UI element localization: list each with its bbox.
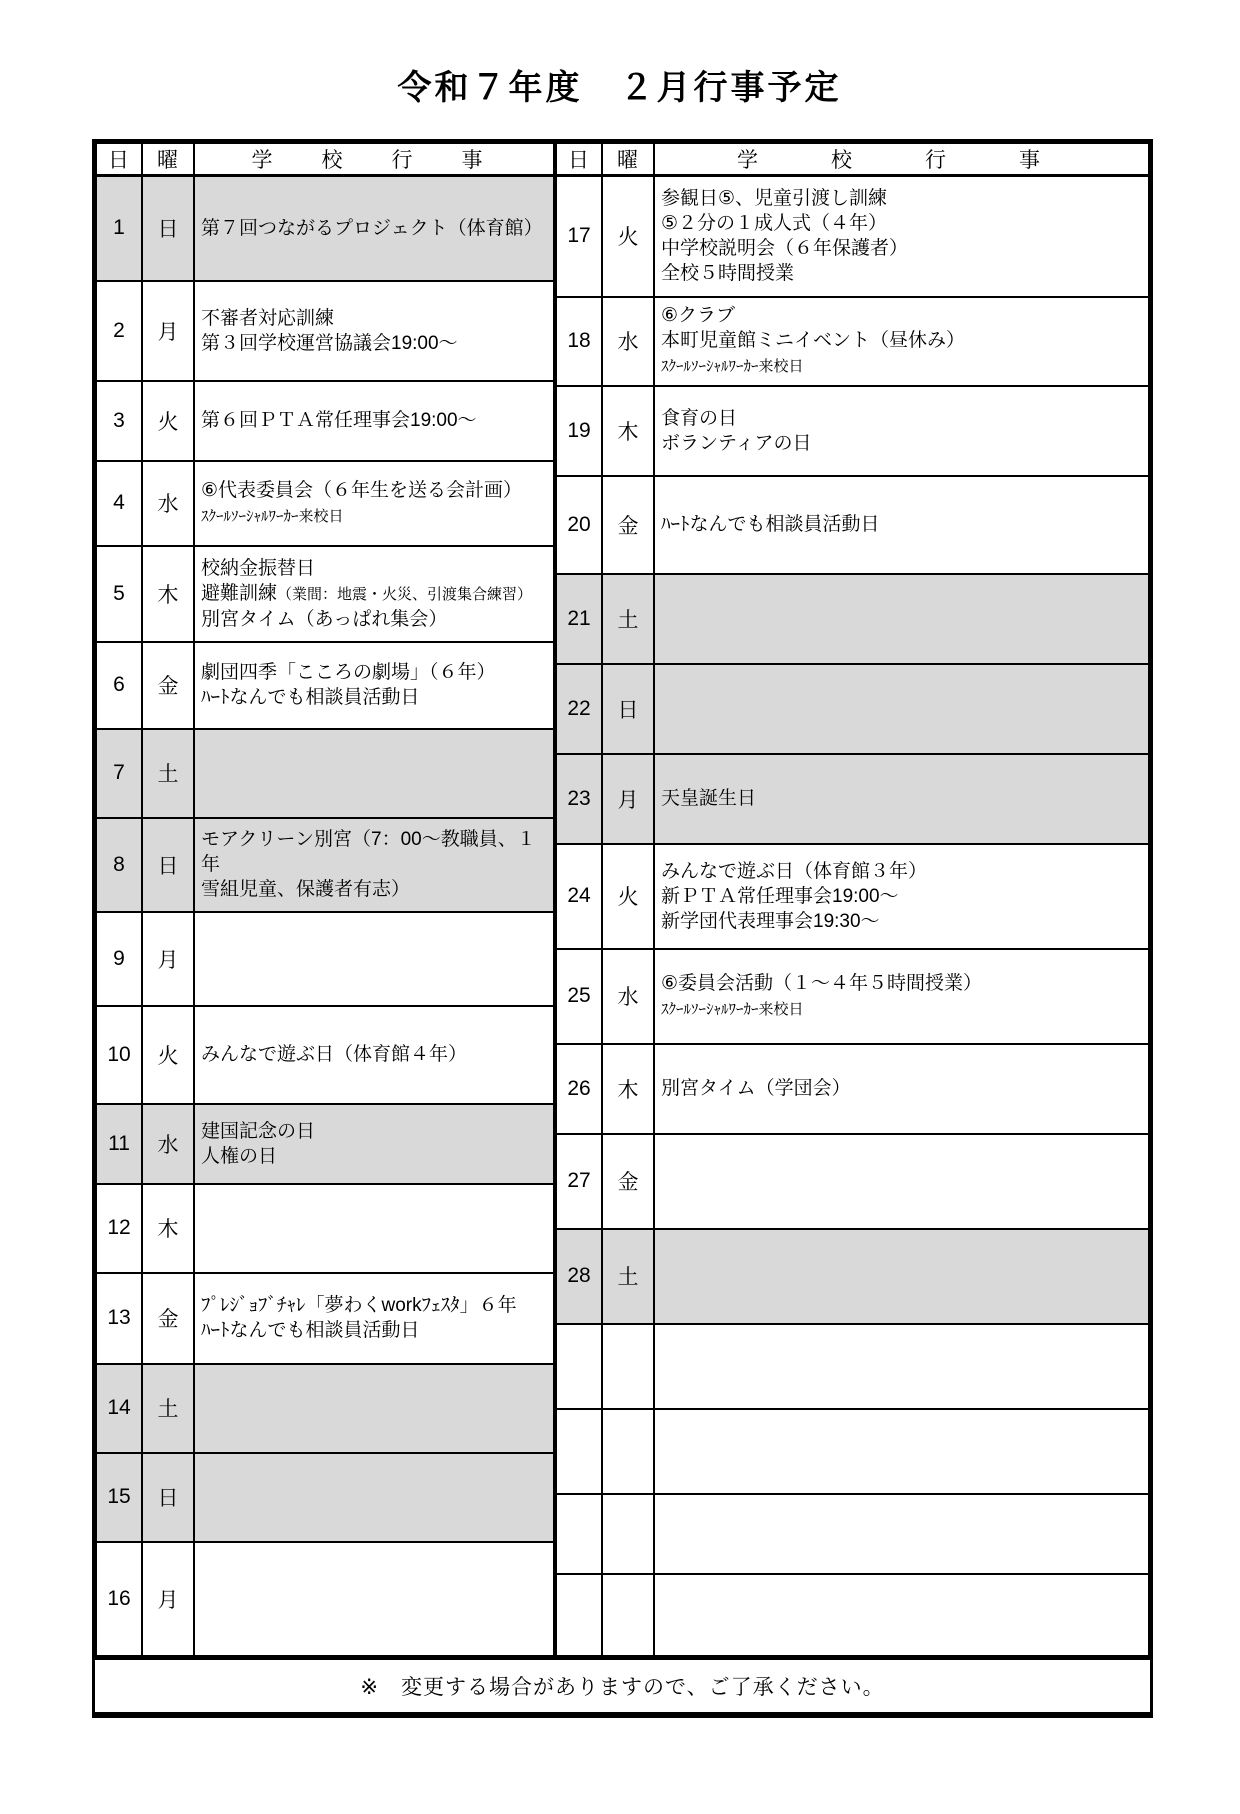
weekday-cell bbox=[602, 1574, 654, 1656]
weekday-cell: 金 bbox=[142, 1273, 194, 1364]
event-line: ボランティアの日 bbox=[661, 431, 1142, 456]
event-line: ⑥委員会活動（１～４年５時間授業） bbox=[661, 971, 1142, 996]
header-row: 日 曜 学 校 行 事 bbox=[96, 143, 554, 176]
weekday-cell: 金 bbox=[602, 1134, 654, 1229]
event-text: 校納金振替日 bbox=[201, 558, 315, 579]
event-line: 天皇誕生日 bbox=[661, 786, 1142, 811]
event-text: ｽｸｰﾙｿｰｼｬﾙﾜｰｶｰ来校日 bbox=[661, 1001, 804, 1018]
table-row: 10火みんなで遊ぶ日（体育館４年） bbox=[96, 1006, 554, 1104]
day-cell: 12 bbox=[96, 1184, 142, 1273]
day-cell bbox=[556, 1409, 602, 1494]
weekday-cell: 火 bbox=[142, 381, 194, 461]
event-text: 第７回つながるプロジェクト（体育館） bbox=[201, 218, 543, 239]
weekday-cell: 火 bbox=[142, 1006, 194, 1104]
table-row: 20金ﾊｰﾄなんでも相談員活動日 bbox=[556, 476, 1149, 574]
table-row: 27金 bbox=[556, 1134, 1149, 1229]
table-row: 14土 bbox=[96, 1364, 554, 1453]
event-text: 第３回学校運営協議会19:00～ bbox=[201, 333, 458, 354]
table-row: 6金劇団四季「こころの劇場」（６年）ﾊｰﾄなんでも相談員活動日 bbox=[96, 642, 554, 729]
event-text: 新ＰＴＡ常任理事会19:00～ bbox=[661, 886, 899, 907]
weekday-cell: 土 bbox=[142, 729, 194, 818]
event-line: 避難訓練（業間：地震・火災、引渡集合練習） bbox=[201, 581, 547, 607]
day-cell: 14 bbox=[96, 1364, 142, 1453]
event-line: ﾊｰﾄなんでも相談員活動日 bbox=[201, 1318, 547, 1343]
weekday-cell: 水 bbox=[142, 1104, 194, 1184]
event-text: 劇団四季「こころの劇場」（６年） bbox=[201, 662, 496, 683]
day-cell: 27 bbox=[556, 1134, 602, 1229]
events-cell: 不審者対応訓練第３回学校運営協議会19:00～ bbox=[194, 281, 554, 381]
day-cell: 17 bbox=[556, 176, 602, 297]
events-cell: ⑥代表委員会（６年生を送る会計画）ｽｸｰﾙｿｰｼｬﾙﾜｰｶｰ来校日 bbox=[194, 461, 554, 546]
header-weekday: 曜 bbox=[602, 143, 654, 176]
header-events: 学 校 行 事 bbox=[654, 143, 1149, 176]
day-cell: 20 bbox=[556, 476, 602, 574]
event-text: ⑤２分の１成人式（４年） bbox=[661, 213, 887, 234]
weekday-cell: 木 bbox=[142, 1184, 194, 1273]
events-cell: ﾊｰﾄなんでも相談員活動日 bbox=[654, 476, 1149, 574]
weekday-cell: 日 bbox=[602, 664, 654, 754]
event-text: 天皇誕生日 bbox=[661, 788, 756, 809]
event-line: 第３回学校運営協議会19:00～ bbox=[201, 331, 547, 356]
day-cell: 9 bbox=[96, 912, 142, 1006]
events-cell bbox=[654, 1134, 1149, 1229]
events-cell: 第６回ＰＴＡ常任理事会19:00～ bbox=[194, 381, 554, 461]
event-text: ⑥クラブ bbox=[661, 305, 735, 326]
weekday-cell: 金 bbox=[142, 642, 194, 729]
weekday-cell: 火 bbox=[602, 844, 654, 949]
event-text: ﾊｰﾄなんでも相談員活動日 bbox=[661, 514, 880, 535]
header-weekday: 曜 bbox=[142, 143, 194, 176]
weekday-cell: 木 bbox=[602, 386, 654, 476]
event-line: 第７回つながるプロジェクト（体育館） bbox=[201, 216, 547, 241]
event-line: 別宮タイム（あっぱれ集会） bbox=[201, 607, 547, 632]
event-text: 不審者対応訓練 bbox=[201, 308, 334, 329]
event-line: ｽｸｰﾙｿｰｼｬﾙﾜｰｶｰ来校日 bbox=[661, 353, 1142, 379]
day-cell bbox=[556, 1494, 602, 1574]
day-cell: 18 bbox=[556, 297, 602, 386]
event-line: ⑤２分の１成人式（４年） bbox=[661, 211, 1142, 236]
table-row: 13金ﾌﾟﾚｼﾞｮﾌﾞﾁｬﾚ「夢わくworkﾌｪｽﾀ」６年ﾊｰﾄなんでも相談員活… bbox=[96, 1273, 554, 1364]
day-cell: 28 bbox=[556, 1229, 602, 1324]
events-cell bbox=[654, 1574, 1149, 1656]
event-text: 人権の日 bbox=[201, 1146, 277, 1167]
event-line: 第６回ＰＴＡ常任理事会19:00～ bbox=[201, 408, 547, 433]
day-cell: 26 bbox=[556, 1044, 602, 1134]
table-row: 23月天皇誕生日 bbox=[556, 754, 1149, 844]
event-text: 建国記念の日 bbox=[201, 1121, 315, 1142]
events-cell bbox=[194, 729, 554, 818]
events-cell bbox=[194, 912, 554, 1006]
table-row: 4水⑥代表委員会（６年生を送る会計画）ｽｸｰﾙｿｰｼｬﾙﾜｰｶｰ来校日 bbox=[96, 461, 554, 546]
weekday-cell: 水 bbox=[602, 949, 654, 1044]
day-cell: 2 bbox=[96, 281, 142, 381]
events-cell bbox=[654, 574, 1149, 664]
table-row bbox=[556, 1494, 1149, 1574]
schedule-left-half: 日 曜 学 校 行 事 1日第７回つながるプロジェクト（体育館）2月不審者対応訓… bbox=[95, 142, 555, 1657]
events-cell: モアクリーン別宮（7：00～教職員、１年雪組児童、保護者有志） bbox=[194, 818, 554, 912]
header-day: 日 bbox=[556, 143, 602, 176]
table-row: 28土 bbox=[556, 1229, 1149, 1324]
event-line: 新ＰＴＡ常任理事会19:00～ bbox=[661, 884, 1142, 909]
day-cell bbox=[556, 1324, 602, 1409]
events-cell: 校納金振替日避難訓練（業間：地震・火災、引渡集合練習）別宮タイム（あっぱれ集会） bbox=[194, 546, 554, 642]
day-cell: 15 bbox=[96, 1453, 142, 1542]
event-text: ⑥委員会活動（１～４年５時間授業） bbox=[661, 973, 982, 994]
events-cell bbox=[654, 1409, 1149, 1494]
event-line: 建国記念の日 bbox=[201, 1119, 547, 1144]
table-row: 15日 bbox=[96, 1453, 554, 1542]
schedule-table-body: 日 曜 学 校 行 事 1日第７回つながるプロジェクト（体育館）2月不審者対応訓… bbox=[95, 142, 1150, 1657]
table-row: 3火第６回ＰＴＡ常任理事会19:00～ bbox=[96, 381, 554, 461]
left-header: 日 曜 学 校 行 事 bbox=[96, 143, 554, 176]
event-line: 別宮タイム（学団会） bbox=[661, 1076, 1142, 1101]
weekday-cell: 水 bbox=[602, 297, 654, 386]
header-row: 日 曜 学 校 行 事 bbox=[556, 143, 1149, 176]
day-cell: 11 bbox=[96, 1104, 142, 1184]
events-cell: ⑥クラブ本町児童館ミニイベント（昼休み）ｽｸｰﾙｿｰｼｬﾙﾜｰｶｰ来校日 bbox=[654, 297, 1149, 386]
table-row: 1日第７回つながるプロジェクト（体育館） bbox=[96, 176, 554, 281]
day-cell: 3 bbox=[96, 381, 142, 461]
event-text: ｽｸｰﾙｿｰｼｬﾙﾜｰｶｰ来校日 bbox=[201, 508, 344, 525]
event-text: ﾊｰﾄなんでも相談員活動日 bbox=[201, 1320, 420, 1341]
schedule-table: 日 曜 学 校 行 事 1日第７回つながるプロジェクト（体育館）2月不審者対応訓… bbox=[92, 139, 1153, 1718]
day-cell: 5 bbox=[96, 546, 142, 642]
table-row: 7土 bbox=[96, 729, 554, 818]
table-row: 2月不審者対応訓練第３回学校運営協議会19:00～ bbox=[96, 281, 554, 381]
table-row: 8日モアクリーン別宮（7：00～教職員、１年雪組児童、保護者有志） bbox=[96, 818, 554, 912]
event-text: 本町児童館ミニイベント（昼休み） bbox=[661, 330, 965, 351]
events-cell: みんなで遊ぶ日（体育館４年） bbox=[194, 1006, 554, 1104]
table-row: 12木 bbox=[96, 1184, 554, 1273]
weekday-cell: 土 bbox=[602, 1229, 654, 1324]
event-text: ﾊｰﾄなんでも相談員活動日 bbox=[201, 687, 420, 708]
events-cell: ⑥委員会活動（１～４年５時間授業）ｽｸｰﾙｿｰｼｬﾙﾜｰｶｰ来校日 bbox=[654, 949, 1149, 1044]
day-cell: 8 bbox=[96, 818, 142, 912]
event-text: 全校５時間授業 bbox=[661, 263, 794, 284]
event-line: 食育の日 bbox=[661, 406, 1142, 431]
event-line: 本町児童館ミニイベント（昼休み） bbox=[661, 328, 1142, 353]
day-cell: 10 bbox=[96, 1006, 142, 1104]
weekday-cell: 日 bbox=[142, 818, 194, 912]
page-title: 令和７年度 ２月行事予定 bbox=[92, 60, 1147, 109]
table-row: 17火参観日⑤、児童引渡し訓練⑤２分の１成人式（４年）中学校説明会（６年保護者）… bbox=[556, 176, 1149, 297]
events-cell bbox=[194, 1184, 554, 1273]
change-notice: ※ 変更する場合がありますので、ご了承ください。 bbox=[95, 1657, 1150, 1712]
weekday-cell: 木 bbox=[602, 1044, 654, 1134]
event-text: モアクリーン別宮（7：00～教職員、１年 bbox=[201, 829, 536, 875]
weekday-cell: 土 bbox=[142, 1364, 194, 1453]
events-cell: 食育の日ボランティアの日 bbox=[654, 386, 1149, 476]
schedule-right-half: 日 曜 学 校 行 事 17火参観日⑤、児童引渡し訓練⑤２分の１成人式（４年）中… bbox=[555, 142, 1150, 1657]
table-row: 26木別宮タイム（学団会） bbox=[556, 1044, 1149, 1134]
events-cell bbox=[654, 1324, 1149, 1409]
event-line: みんなで遊ぶ日（体育館３年） bbox=[661, 859, 1142, 884]
right-header: 日 曜 学 校 行 事 bbox=[556, 143, 1149, 176]
event-text: 新学団代表理事会19:30～ bbox=[661, 911, 880, 932]
left-rows: 1日第７回つながるプロジェクト（体育館）2月不審者対応訓練第３回学校運営協議会1… bbox=[96, 176, 554, 1656]
day-cell: 13 bbox=[96, 1273, 142, 1364]
events-cell bbox=[194, 1453, 554, 1542]
day-cell: 16 bbox=[96, 1542, 142, 1656]
weekday-cell: 月 bbox=[142, 1542, 194, 1656]
events-cell: 参観日⑤、児童引渡し訓練⑤２分の１成人式（４年）中学校説明会（６年保護者）全校５… bbox=[654, 176, 1149, 297]
event-text: ボランティアの日 bbox=[661, 433, 811, 454]
weekday-cell bbox=[602, 1494, 654, 1574]
header-day: 日 bbox=[96, 143, 142, 176]
events-cell: 建国記念の日人権の日 bbox=[194, 1104, 554, 1184]
event-text: ｽｸｰﾙｿｰｼｬﾙﾜｰｶｰ来校日 bbox=[661, 358, 804, 375]
header-events: 学 校 行 事 bbox=[194, 143, 554, 176]
events-cell bbox=[654, 1494, 1149, 1574]
event-line: ﾊｰﾄなんでも相談員活動日 bbox=[201, 685, 547, 710]
table-row bbox=[556, 1574, 1149, 1656]
weekday-cell: 日 bbox=[142, 176, 194, 281]
event-line: 雪組児童、保護者有志） bbox=[201, 877, 547, 902]
event-line: ｽｸｰﾙｿｰｼｬﾙﾜｰｶｰ来校日 bbox=[661, 996, 1142, 1022]
event-text: みんなで遊ぶ日（体育館４年） bbox=[201, 1044, 467, 1065]
events-cell: 天皇誕生日 bbox=[654, 754, 1149, 844]
table-row: 9月 bbox=[96, 912, 554, 1006]
table-row: 25水⑥委員会活動（１～４年５時間授業）ｽｸｰﾙｿｰｼｬﾙﾜｰｶｰ来校日 bbox=[556, 949, 1149, 1044]
weekday-cell: 月 bbox=[142, 912, 194, 1006]
event-line: みんなで遊ぶ日（体育館４年） bbox=[201, 1042, 547, 1067]
event-text: 参観日⑤、児童引渡し訓練 bbox=[661, 188, 887, 209]
event-line: 参観日⑤、児童引渡し訓練 bbox=[661, 186, 1142, 211]
day-cell: 23 bbox=[556, 754, 602, 844]
table-row bbox=[556, 1409, 1149, 1494]
event-text: ﾌﾟﾚｼﾞｮﾌﾞﾁｬﾚ「夢わくworkﾌｪｽﾀ」６年 bbox=[201, 1295, 517, 1316]
events-cell bbox=[194, 1542, 554, 1656]
day-cell: 21 bbox=[556, 574, 602, 664]
events-cell: 別宮タイム（学団会） bbox=[654, 1044, 1149, 1134]
event-text: 避難訓練 bbox=[201, 583, 277, 604]
event-text: 食育の日 bbox=[661, 408, 737, 429]
table-row: 18水⑥クラブ本町児童館ミニイベント（昼休み）ｽｸｰﾙｿｰｼｬﾙﾜｰｶｰ来校日 bbox=[556, 297, 1149, 386]
weekday-cell: 水 bbox=[142, 461, 194, 546]
day-cell: 6 bbox=[96, 642, 142, 729]
weekday-cell: 金 bbox=[602, 476, 654, 574]
table-row: 21土 bbox=[556, 574, 1149, 664]
event-line: ﾌﾟﾚｼﾞｮﾌﾞﾁｬﾚ「夢わくworkﾌｪｽﾀ」６年 bbox=[201, 1293, 547, 1318]
weekday-cell bbox=[602, 1409, 654, 1494]
event-line: 不審者対応訓練 bbox=[201, 306, 547, 331]
event-text: 別宮タイム（学団会） bbox=[661, 1078, 851, 1099]
event-text: 中学校説明会（６年保護者） bbox=[661, 238, 908, 259]
events-cell: みんなで遊ぶ日（体育館３年）新ＰＴＡ常任理事会19:00～新学団代表理事会19:… bbox=[654, 844, 1149, 949]
event-text: 雪組児童、保護者有志） bbox=[201, 879, 410, 900]
table-row: 24火みんなで遊ぶ日（体育館３年）新ＰＴＡ常任理事会19:00～新学団代表理事会… bbox=[556, 844, 1149, 949]
weekday-cell: 木 bbox=[142, 546, 194, 642]
day-cell bbox=[556, 1574, 602, 1656]
weekday-cell: 火 bbox=[602, 176, 654, 297]
table-row bbox=[556, 1324, 1149, 1409]
day-cell: 1 bbox=[96, 176, 142, 281]
events-cell bbox=[194, 1364, 554, 1453]
day-cell: 22 bbox=[556, 664, 602, 754]
table-row: 11水建国記念の日人権の日 bbox=[96, 1104, 554, 1184]
event-line: ⑥代表委員会（６年生を送る会計画） bbox=[201, 478, 547, 503]
event-line: ﾊｰﾄなんでも相談員活動日 bbox=[661, 512, 1142, 537]
weekday-cell bbox=[602, 1324, 654, 1409]
weekday-cell: 日 bbox=[142, 1453, 194, 1542]
events-cell: 劇団四季「こころの劇場」（６年）ﾊｰﾄなんでも相談員活動日 bbox=[194, 642, 554, 729]
day-cell: 19 bbox=[556, 386, 602, 476]
event-line: モアクリーン別宮（7：00～教職員、１年 bbox=[201, 827, 547, 877]
events-cell bbox=[654, 664, 1149, 754]
events-cell bbox=[654, 1229, 1149, 1324]
table-row: 19木食育の日ボランティアの日 bbox=[556, 386, 1149, 476]
event-line: 校納金振替日 bbox=[201, 556, 547, 581]
event-text: 第６回ＰＴＡ常任理事会19:00～ bbox=[201, 410, 477, 431]
event-line: ⑥クラブ bbox=[661, 303, 1142, 328]
event-line: 中学校説明会（６年保護者） bbox=[661, 236, 1142, 261]
weekday-cell: 土 bbox=[602, 574, 654, 664]
event-line: 全校５時間授業 bbox=[661, 261, 1142, 286]
event-line: 劇団四季「こころの劇場」（６年） bbox=[201, 660, 547, 685]
event-line: 人権の日 bbox=[201, 1144, 547, 1169]
event-line: ｽｸｰﾙｿｰｼｬﾙﾜｰｶｰ来校日 bbox=[201, 503, 547, 529]
events-cell: 第７回つながるプロジェクト（体育館） bbox=[194, 176, 554, 281]
day-cell: 24 bbox=[556, 844, 602, 949]
table-row: 16月 bbox=[96, 1542, 554, 1656]
weekday-cell: 月 bbox=[142, 281, 194, 381]
event-text: 別宮タイム（あっぱれ集会） bbox=[201, 609, 447, 630]
day-cell: 4 bbox=[96, 461, 142, 546]
event-text: みんなで遊ぶ日（体育館３年） bbox=[661, 861, 927, 882]
day-cell: 7 bbox=[96, 729, 142, 818]
table-row: 22日 bbox=[556, 664, 1149, 754]
events-cell: ﾌﾟﾚｼﾞｮﾌﾞﾁｬﾚ「夢わくworkﾌｪｽﾀ」６年ﾊｰﾄなんでも相談員活動日 bbox=[194, 1273, 554, 1364]
table-row: 5木校納金振替日避難訓練（業間：地震・火災、引渡集合練習）別宮タイム（あっぱれ集… bbox=[96, 546, 554, 642]
right-rows: 17火参観日⑤、児童引渡し訓練⑤２分の１成人式（４年）中学校説明会（６年保護者）… bbox=[556, 176, 1149, 1656]
weekday-cell: 月 bbox=[602, 754, 654, 844]
event-text: ⑥代表委員会（６年生を送る会計画） bbox=[201, 480, 522, 501]
event-text: （業間：地震・火災、引渡集合練習） bbox=[277, 586, 532, 603]
event-line: 新学団代表理事会19:30～ bbox=[661, 909, 1142, 934]
day-cell: 25 bbox=[556, 949, 602, 1044]
